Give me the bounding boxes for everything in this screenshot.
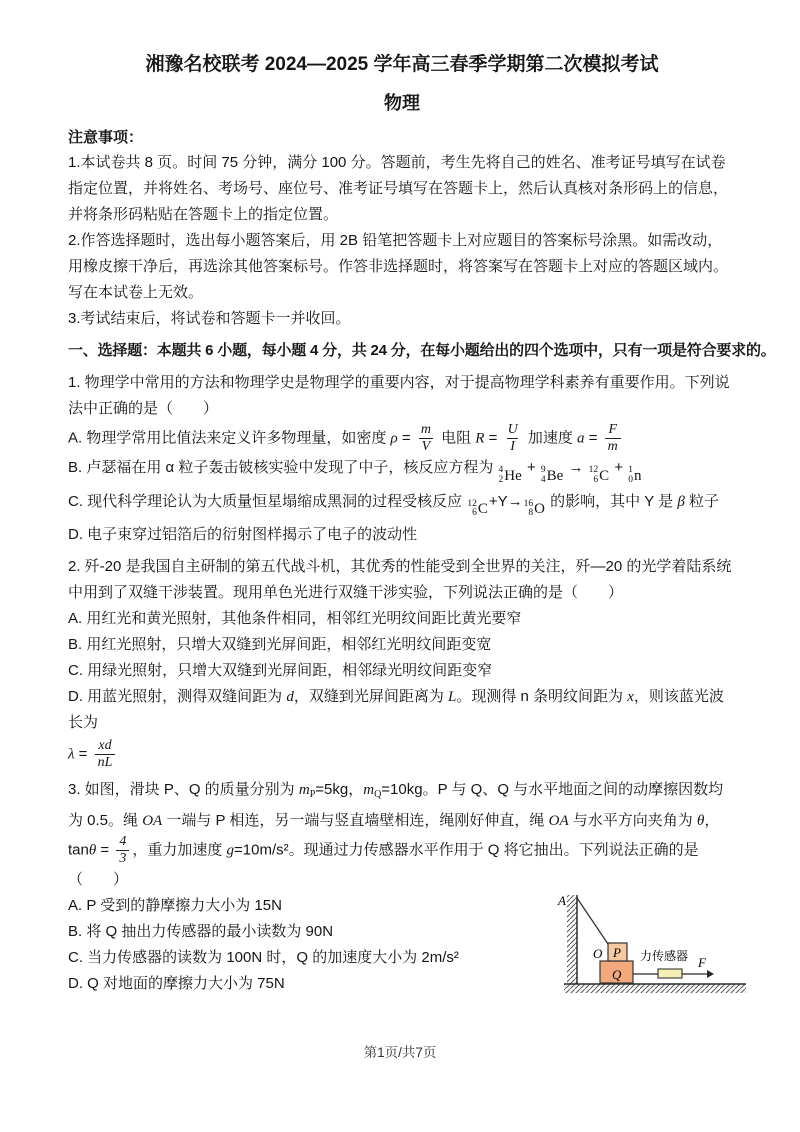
- subject-title: 物理: [68, 90, 736, 116]
- notice-item-3: 3.考试结束后，将试卷和答题卡一并收回。: [68, 306, 736, 332]
- q3-figure: A O P Q 力传感器 F: [550, 889, 750, 1007]
- q1-option-c: C. 现代科学理论认为大质量恒星塌缩成黑洞的过程受核反应 126C+Y→168O…: [68, 489, 736, 523]
- q2-option-a: A. 用红光和黄光照射，其他条件相同，相邻红光明纹间距比黄光要窄: [68, 606, 736, 632]
- q2-stem: 2. 歼-20 是我国自主研制的第五代战斗机，其优秀的性能受到全世界的关注，歼—…: [68, 554, 736, 606]
- q1-option-b: B. 卢瑟福在用 α 粒子轰击铍核实验中发现了中子，核反应方程为 42He + …: [68, 455, 736, 489]
- page-title: 湘豫名校联考 2024—2025 学年高三春季学期第二次模拟考试: [68, 52, 736, 78]
- q3-option-c: C. 当力传感器的读数为 100N 时，Q 的加速度大小为 2m/s²: [68, 945, 526, 971]
- fig-label-A: A: [557, 893, 566, 908]
- q3-option-d: D. Q 对地面的摩擦力大小为 75N: [68, 971, 526, 997]
- q3-option-a: A. P 受到的静摩擦力大小为 15N: [68, 893, 526, 919]
- fig-label-sensor: 力传感器: [640, 948, 688, 963]
- q1-option-a: A. 物理学常用比值法来定义许多物理量，如密度 ρ = mV 电阻 R = UI…: [68, 422, 736, 455]
- page-number: 第1页/共7页: [0, 1040, 800, 1066]
- notice-item-2: 2.作答选择题时，选出每小题答案后，用 2B 铅笔把答题卡上对应题目的答案标号涂…: [68, 228, 736, 306]
- notice-section: 注意事项： 1.本试卷共 8 页。时间 75 分钟，满分 100 分。答题前，考…: [68, 126, 736, 332]
- fig-label-Q: Q: [612, 967, 622, 982]
- q2-option-c: C. 用绿光照射，只增大双缝到光屏间距，相邻绿光明纹间距变窄: [68, 658, 736, 684]
- q3-option-b: B. 将 Q 抽出力传感器的最小读数为 90N: [68, 919, 526, 945]
- q1-option-d: D. 电子束穿过铝箔后的衍射图样揭示了电子的波动性: [68, 522, 736, 548]
- wall-hatching: [567, 895, 577, 984]
- q2-option-d: D. 用蓝光照射，测得双缝间距为 d，双缝到光屏间距离为 L。现测得 n 条明纹…: [68, 684, 736, 736]
- q2-option-b: B. 用红光照射，只增大双缝到光屏间距，相邻红光明纹间距变宽: [68, 632, 736, 658]
- question-1: 1. 物理学中常用的方法和物理学史是物理学的重要内容，对于提高物理学科素养有重要…: [68, 370, 736, 548]
- q1-stem: 1. 物理学中常用的方法和物理学史是物理学的重要内容，对于提高物理学科素养有重要…: [68, 370, 736, 422]
- question-3: 3. 如图，滑块 P、Q 的质量分别为 mP=5kg，mQ=10kg。P 与 Q…: [68, 777, 736, 1011]
- fig-label-F: F: [697, 955, 707, 970]
- question-2: 2. 歼-20 是我国自主研制的第五代战斗机，其优秀的性能受到全世界的关注，歼—…: [68, 554, 736, 771]
- rope-OA: [577, 898, 608, 944]
- q3-options: A. P 受到的静摩擦力大小为 15N B. 将 Q 抽出力传感器的最小读数为 …: [68, 893, 736, 1011]
- ground-hatching: [564, 984, 746, 993]
- fig-label-P: P: [612, 945, 621, 960]
- force-arrow-head: [707, 970, 714, 978]
- q2-lambda-formula: λ = xdnL: [68, 738, 736, 771]
- notice-item-1: 1.本试卷共 8 页。时间 75 分钟，满分 100 分。答题前，考生先将自己的…: [68, 150, 736, 228]
- q3-figure-svg: A O P Q 力传感器 F: [550, 889, 750, 1007]
- notice-heading: 注意事项：: [68, 126, 736, 150]
- fig-label-O: O: [593, 946, 603, 961]
- q3-stem: 3. 如图，滑块 P、Q 的质量分别为 mP=5kg，mQ=10kg。P 与 Q…: [68, 777, 736, 893]
- section-1-header: 一、选择题：本题共 6 小题，每小题 4 分，共 24 分，在每小题给出的四个选…: [68, 338, 736, 364]
- force-sensor-box: [658, 969, 682, 978]
- exam-page: 湘豫名校联考 2024—2025 学年高三春季学期第二次模拟考试 物理 注意事项…: [0, 0, 800, 1132]
